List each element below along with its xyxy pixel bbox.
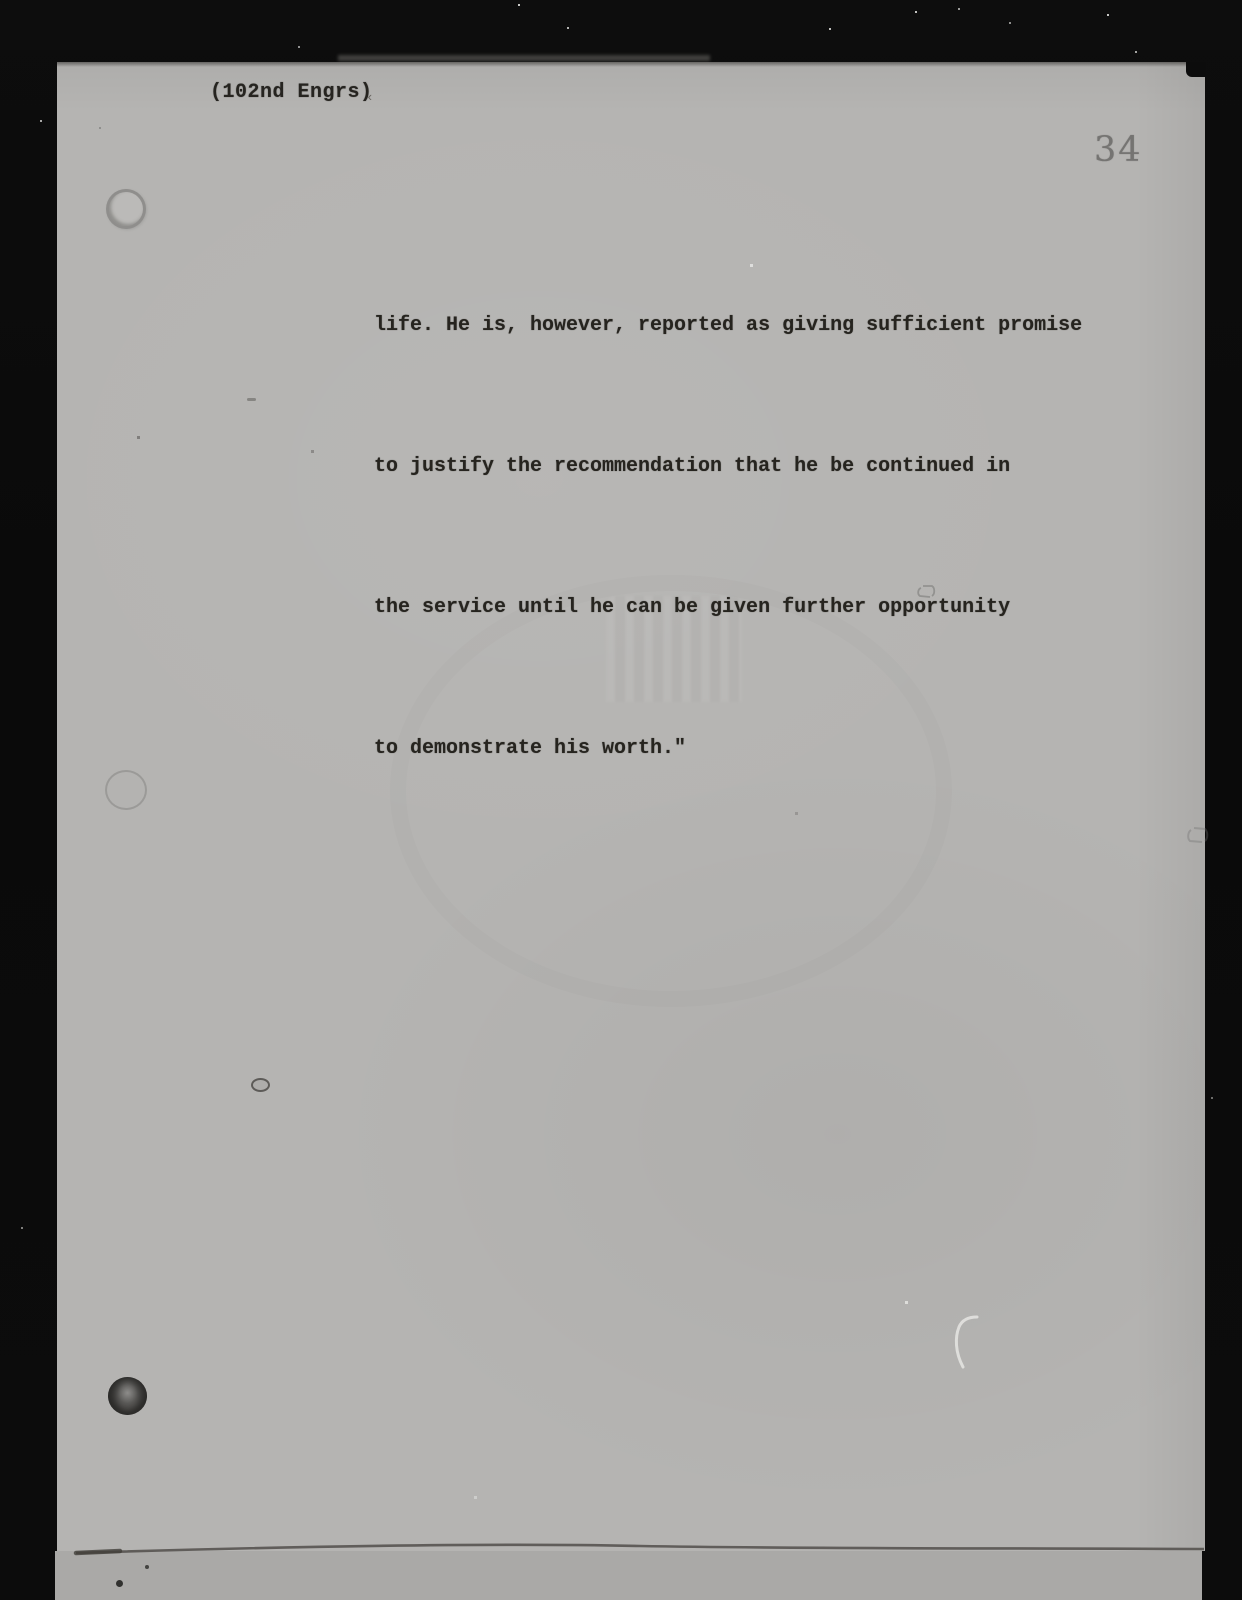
scanned-document-canvas: (102nd Engrs) ‹ 34 life. He is, however,… <box>0 0 1242 1600</box>
annotation-tick-mark: ‹ <box>366 90 374 105</box>
page-corner-notch <box>1186 62 1206 77</box>
unit-annotation: (102nd Engrs) <box>210 81 373 104</box>
underlying-sheet <box>55 1551 1202 1600</box>
punch-hole-middle <box>105 770 147 810</box>
body-line: the service until he can be given furthe… <box>374 584 1134 631</box>
page-number: 34 <box>1094 130 1143 170</box>
body-line: to justify the recommendation that he be… <box>374 443 1134 490</box>
body-paragraph: life. He is, however, reported as giving… <box>374 208 1134 866</box>
fastener-stain <box>108 1377 147 1415</box>
page-top-edge-smudge <box>57 62 1205 67</box>
under-sheet-spot <box>145 1565 149 1569</box>
margin-dash-mark <box>247 398 256 401</box>
scan-edge-streak <box>338 55 710 61</box>
under-sheet-spot <box>116 1580 123 1587</box>
body-line: to demonstrate his worth." <box>374 725 1134 772</box>
body-line: life. He is, however, reported as giving… <box>374 302 1134 349</box>
small-o-mark <box>251 1078 270 1092</box>
paper-specks <box>0 0 3 3</box>
punch-hole-top <box>106 189 146 229</box>
